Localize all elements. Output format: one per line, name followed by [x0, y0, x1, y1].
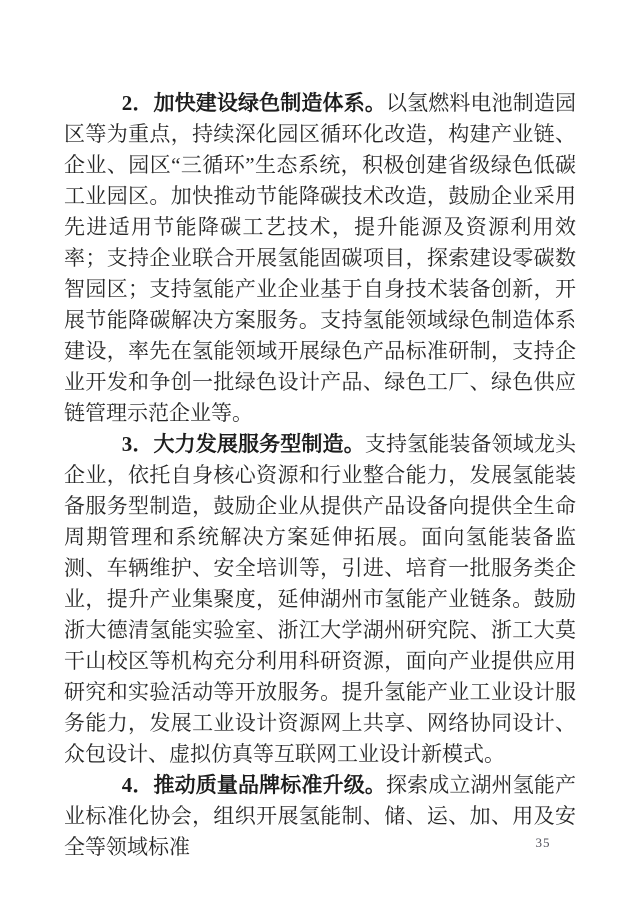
paragraph-item-2: 2．加快建设绿色制造体系。以氢燃料电池制造园区等为重点，持续深化园区循环化改造，…: [64, 88, 576, 429]
paragraph-item-3: 3．大力发展服务型制造。支持氢能装备领域龙头企业，依托自身核心资源和行业整合能力…: [64, 429, 576, 770]
page-number: 35: [528, 834, 558, 852]
document-page: 2．加快建设绿色制造体系。以氢燃料电池制造园区等为重点，持续深化园区循环化改造，…: [0, 0, 640, 906]
paragraph-lead: 3．大力发展服务型制造。: [122, 432, 365, 456]
document-body: 2．加快建设绿色制造体系。以氢燃料电池制造园区等为重点，持续深化园区循环化改造，…: [64, 88, 576, 863]
paragraph-lead: 2．加快建设绿色制造体系。: [122, 91, 386, 115]
paragraph-item-4: 4．推动质量品牌标准升级。探索成立湖州氢能产业标准化协会，组织开展氢能制、储、运…: [64, 770, 576, 863]
paragraph-text: 以氢燃料电池制造园区等为重点，持续深化园区循环化改造，构建产业链、企业、园区“三…: [64, 91, 576, 425]
paragraph-text: 支持氢能装备领域龙头企业，依托自身核心资源和行业整合能力，发展氢能装备服务型制造…: [64, 432, 576, 766]
paragraph-lead: 4．推动质量品牌标准升级。: [122, 773, 386, 797]
